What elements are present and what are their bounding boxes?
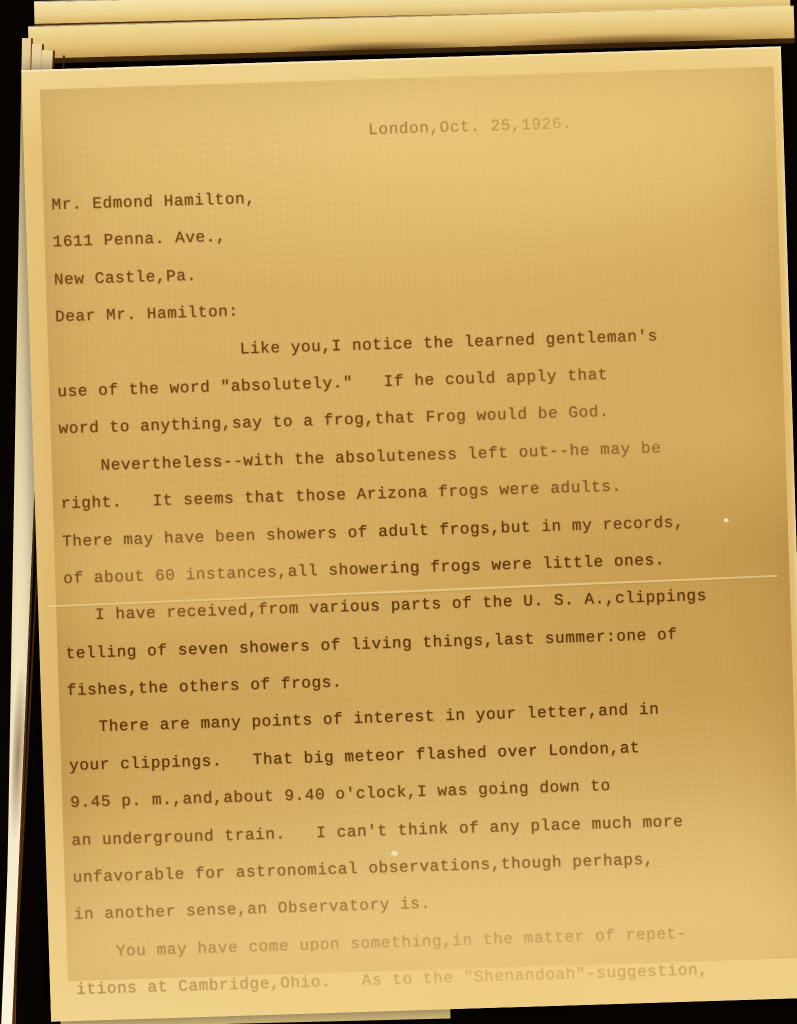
- letter-body: Mr. Edmond Hamilton,1611 Penna. Ave.,New…: [51, 164, 797, 1009]
- letter-photograph: London,Oct. 25,1926. Mr. Edmond Hamilton…: [21, 46, 797, 1021]
- photo-stack-scene: London,Oct. 25,1926. Mr. Edmond Hamilton…: [0, 0, 797, 1024]
